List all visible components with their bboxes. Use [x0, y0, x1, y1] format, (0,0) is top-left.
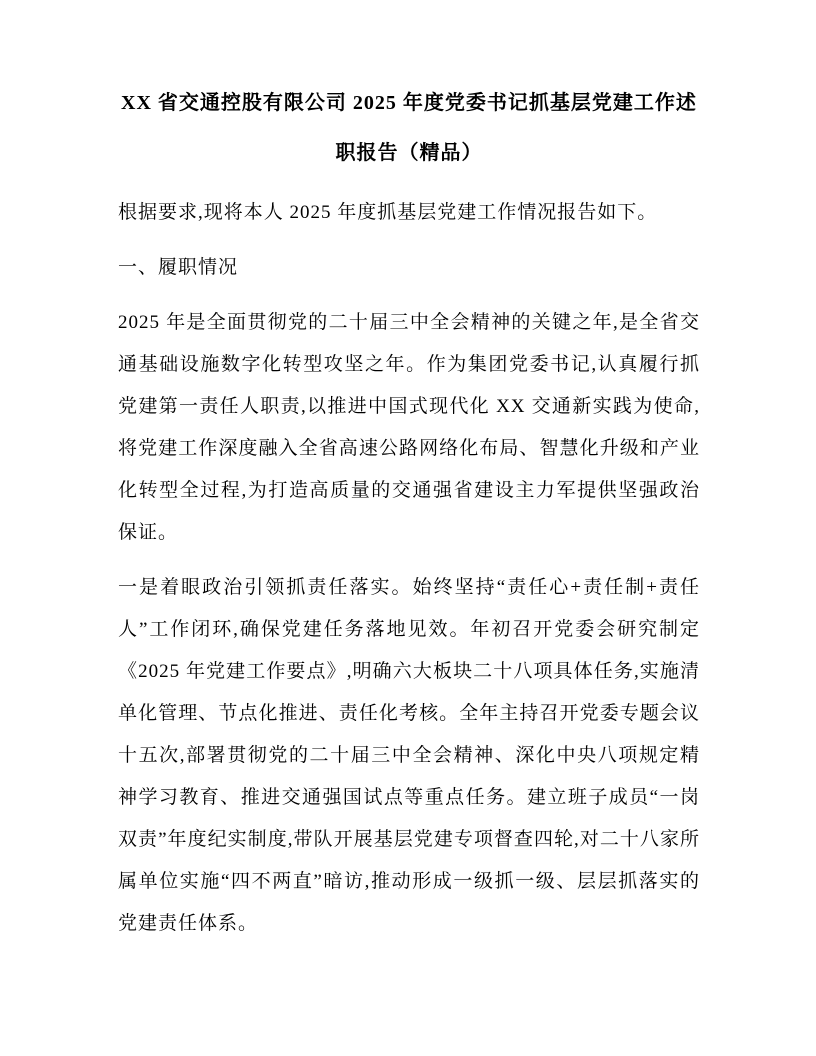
document-title: XX 省交通控股有限公司 2025 年度党委书记抓基层党建工作述职报告（精品） — [118, 78, 700, 178]
paragraph-overview: 2025 年是全面贯彻党的二十届三中全会精神的关键之年,是全省交通基础设施数字化… — [118, 302, 700, 554]
document-page: XX 省交通控股有限公司 2025 年度党委书记抓基层党建工作述职报告（精品） … — [0, 0, 816, 1056]
paragraph-responsibility-implementation: 一是着眼政治引领抓责任落实。始终坚持“责任心+责任制+责任人”工作闭环,确保党建… — [118, 567, 700, 945]
intro-paragraph: 根据要求,现将本人 2025 年度抓基层党建工作情况报告如下。 — [118, 192, 700, 234]
section-heading-performance: 一、履职情况 — [118, 247, 700, 289]
